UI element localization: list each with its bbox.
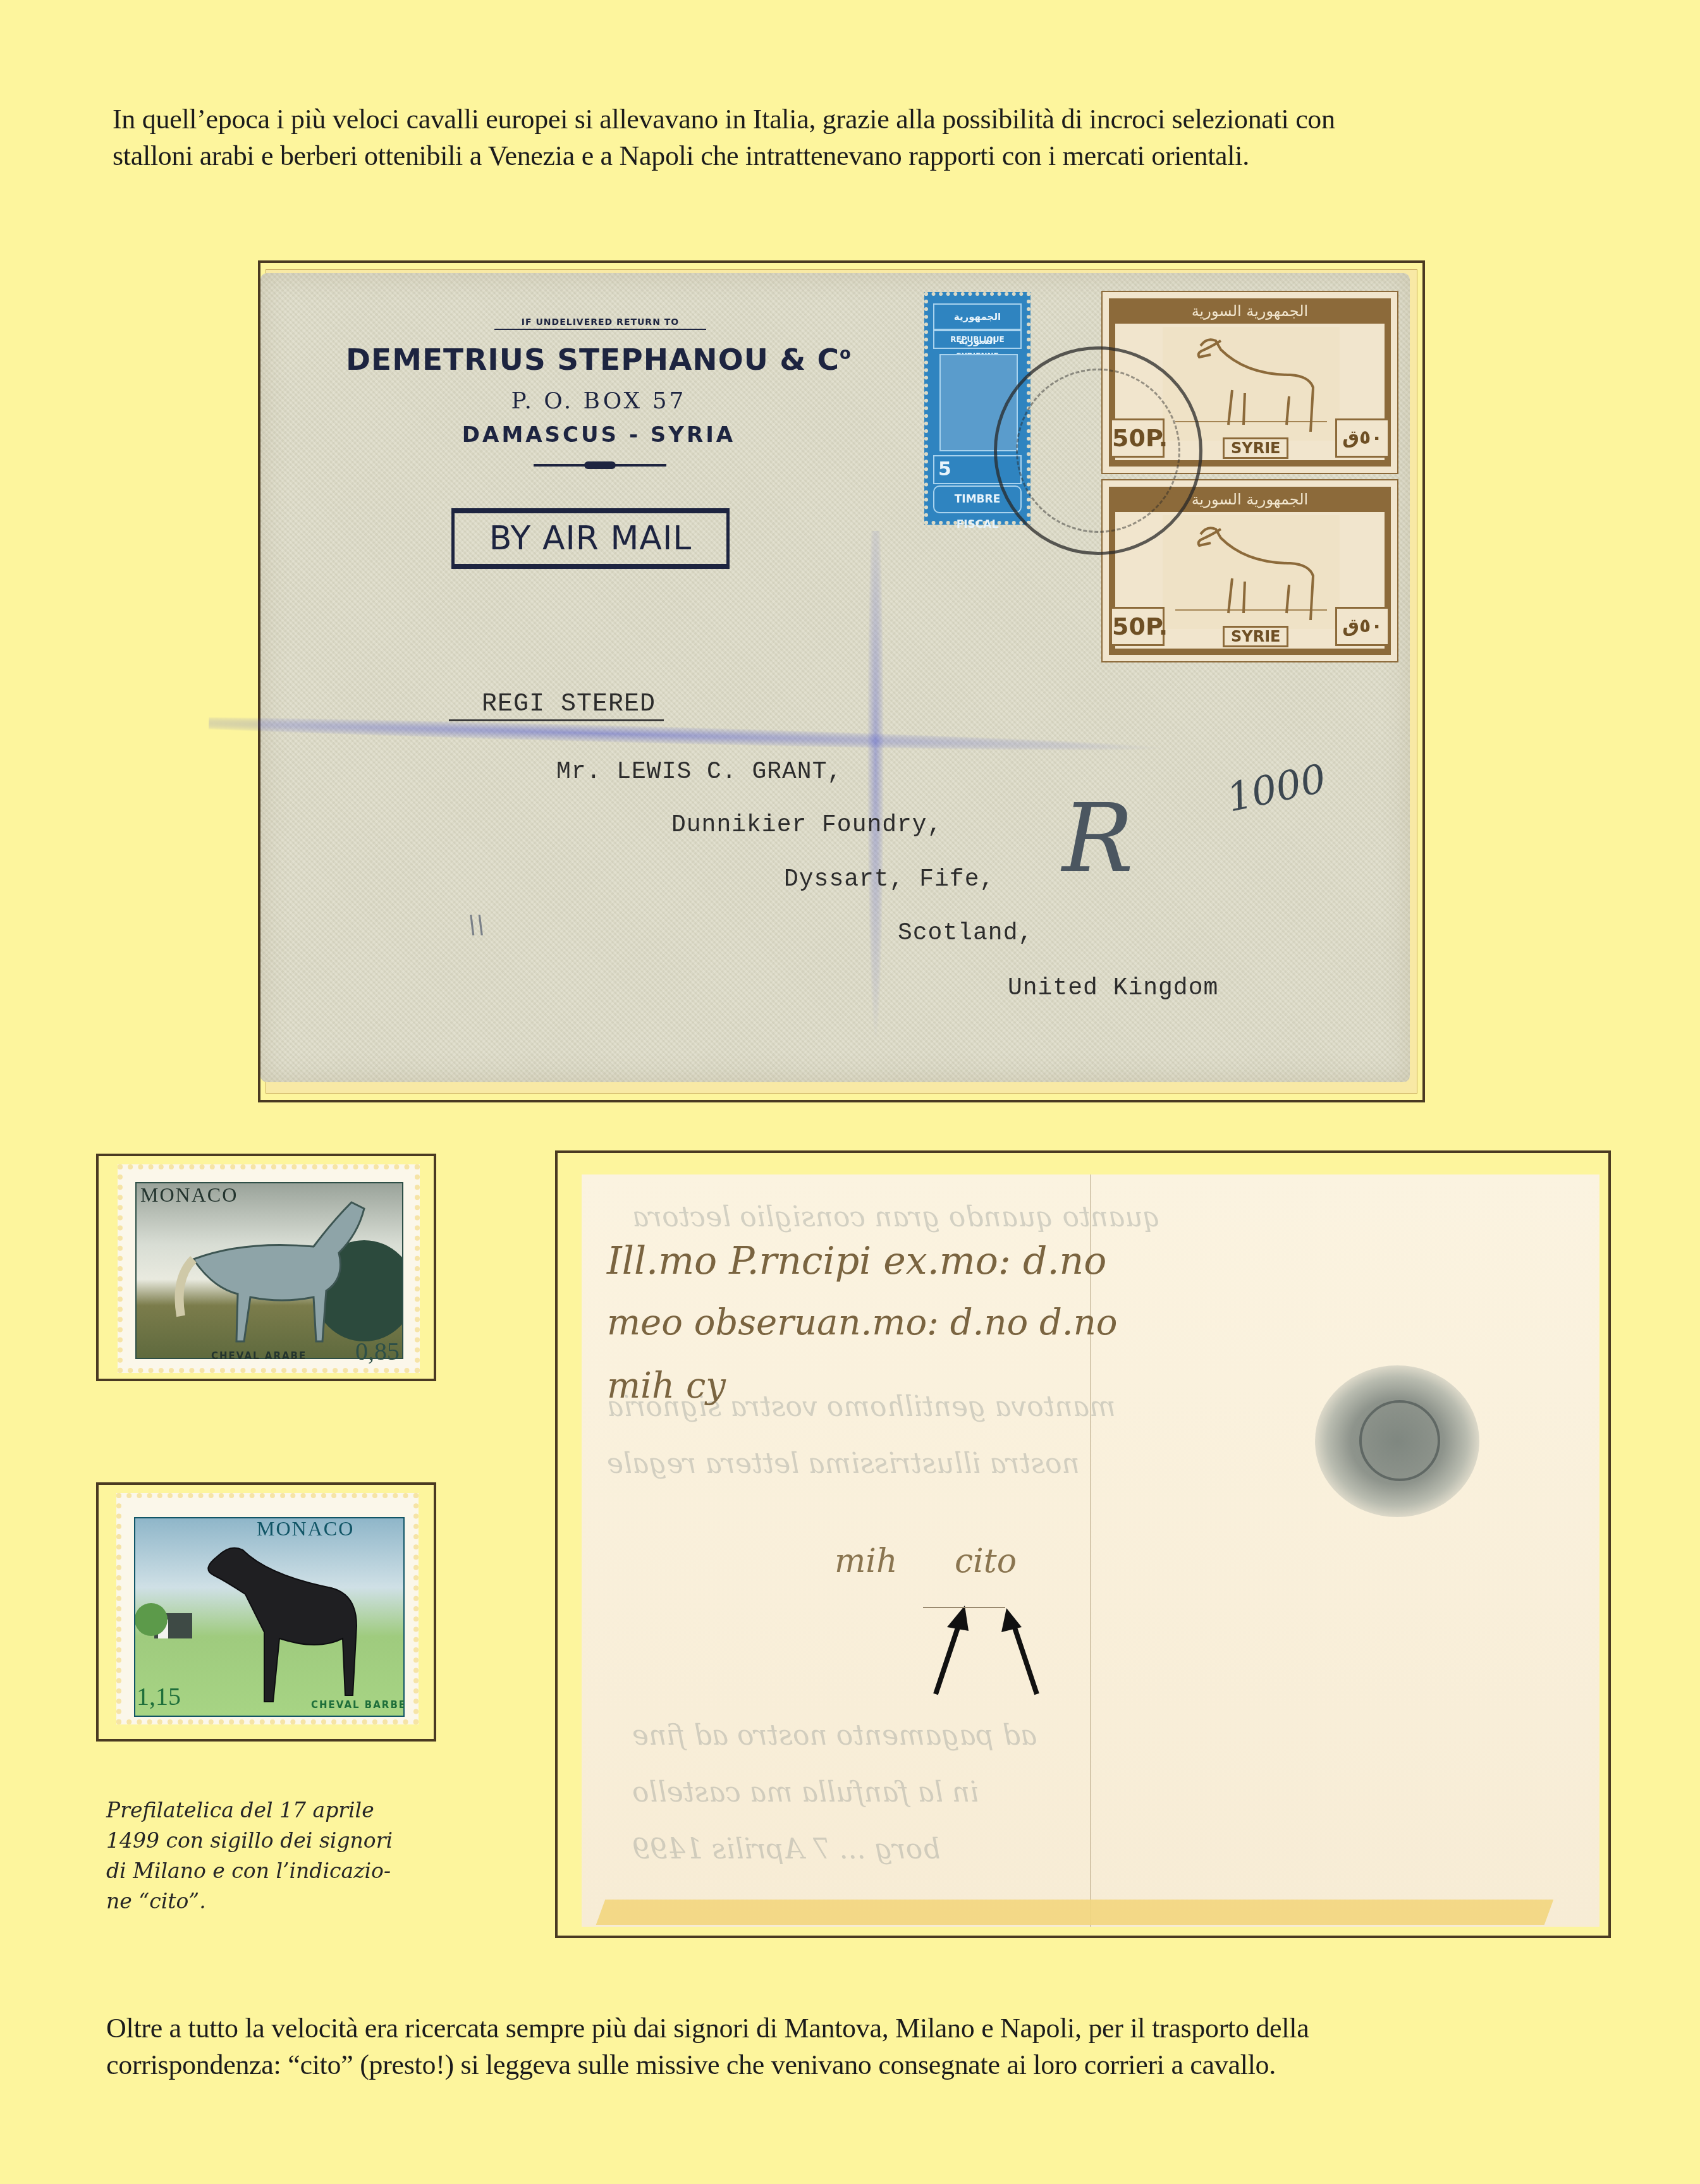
show-through-writing: ad pagamento nostro ad fine bbox=[632, 1719, 1037, 1752]
registration-crayon-vertical bbox=[867, 531, 884, 1037]
letter-caption: Prefilatelica del 17 aprile 1499 con sig… bbox=[106, 1795, 441, 1917]
letter-address-line-1: Ill.mo P.rncipi ex.mo: d.no bbox=[607, 1239, 1106, 1283]
registered-label: REGI STERED bbox=[482, 690, 656, 719]
intro-line-2: stalloni arabi e berberi ottenibili a Ve… bbox=[113, 138, 1617, 174]
ornament-divider bbox=[534, 464, 666, 467]
return-city: DAMASCUS - SYRIA bbox=[343, 422, 855, 448]
outro-paragraph: Oltre a tutto la velocità era ricercata … bbox=[106, 2010, 1611, 2083]
fiscal-country: REPUBLIQUE SYRIENNE bbox=[933, 330, 1022, 349]
show-through-writing: nostra illustrissima lettera regale bbox=[607, 1448, 1080, 1480]
stamp-country: MONACO bbox=[140, 1183, 238, 1207]
monaco-stamp-cheval-barbe: MONACO CHEVAL BARBE 1,15 bbox=[116, 1493, 419, 1724]
letter-fold-line bbox=[1090, 1174, 1091, 1927]
stamp-value-arabic: ٥٠ق bbox=[1335, 607, 1390, 646]
stamp-scene bbox=[135, 1182, 403, 1359]
stamp-value-arabic: ٥٠ق bbox=[1335, 418, 1390, 458]
margin-mark: \\ bbox=[468, 910, 485, 939]
stamp-country: SYRIE bbox=[1223, 437, 1288, 459]
stamp-country: MONACO bbox=[257, 1517, 354, 1540]
handwritten-registration-letter: R bbox=[1062, 784, 1134, 894]
cito-underline bbox=[923, 1607, 1005, 1608]
stamp-caption: CHEVAL BARBE bbox=[311, 1699, 407, 1711]
show-through-writing: in la fanfulla ma castello bbox=[632, 1776, 979, 1809]
registered-underline bbox=[449, 719, 664, 721]
letter-address-line-3: mih cy bbox=[607, 1365, 726, 1406]
address-line-2: Dunnikier Foundry, bbox=[671, 812, 942, 839]
arrow-up-icon bbox=[936, 1618, 961, 1694]
stamp-caption: CHEVAL ARABE bbox=[211, 1350, 307, 1362]
cito-annotation: cito bbox=[955, 1542, 1017, 1580]
stamp-value: 50P. bbox=[1110, 607, 1165, 646]
outro-line-1: Oltre a tutto la velocità era ricercata … bbox=[106, 2010, 1611, 2047]
circular-postmark bbox=[994, 346, 1202, 555]
address-line-1: Mr. LEWIS C. GRANT, bbox=[556, 759, 842, 786]
return-company: DEMETRIUS STEPHANOU & Co bbox=[343, 343, 855, 377]
arrow-icons bbox=[910, 1599, 1062, 1700]
grey-arab-horse-illustration bbox=[137, 1183, 402, 1358]
cito-prefix: mih bbox=[835, 1542, 897, 1580]
fiscal-arabic: الجمهورية السورية bbox=[933, 303, 1022, 330]
outro-line-2: corrispondenza: “cito” (presto!) si legg… bbox=[106, 2047, 1611, 2083]
address-line-3: Dyssart, Fife, bbox=[784, 866, 994, 893]
return-header: IF UNDELIVERED RETURN TO bbox=[494, 317, 706, 330]
mount-hinge-strip bbox=[596, 1900, 1554, 1925]
caption-line-1: Prefilatelica del 17 aprile bbox=[106, 1795, 441, 1826]
stamp-country: SYRIE bbox=[1223, 626, 1288, 647]
show-through-writing: borg ... 7 Aprilis 1499 bbox=[632, 1833, 941, 1865]
airmail-label: BY AIR MAIL bbox=[451, 508, 730, 569]
stamp-face-value: 0,85 bbox=[355, 1336, 400, 1366]
address-line-5: United Kingdom bbox=[1008, 975, 1218, 1002]
intro-paragraph: In quell’epoca i più veloci cavalli euro… bbox=[113, 101, 1617, 174]
arrow-up-icon bbox=[1012, 1618, 1037, 1694]
address-line-4: Scotland, bbox=[898, 920, 1033, 947]
arabian-horse-engraving bbox=[1163, 515, 1340, 629]
caption-line-2: 1499 con sigillo dei signori bbox=[106, 1826, 441, 1856]
return-po-box: P. O. BOX 57 bbox=[343, 388, 855, 414]
stamp-arabic-band: الجمهورية السورية bbox=[1109, 298, 1391, 324]
stamp-face-value: 1,15 bbox=[137, 1681, 181, 1711]
caption-line-3: di Milano e con l’indicazio- bbox=[106, 1856, 441, 1886]
wax-seal-milano bbox=[1315, 1365, 1479, 1517]
monaco-stamp-cheval-arabe: MONACO CHEVAL ARABE 0,85 bbox=[118, 1164, 420, 1373]
caption-line-4: ne “cito”. bbox=[106, 1886, 441, 1917]
intro-line-1: In quell’epoca i più veloci cavalli euro… bbox=[113, 101, 1617, 138]
show-through-writing: quanto quando gran consiglio lectora bbox=[632, 1201, 1161, 1233]
letter-address-line-2: meo obseruan.mo: d.no d.no bbox=[607, 1302, 1117, 1343]
